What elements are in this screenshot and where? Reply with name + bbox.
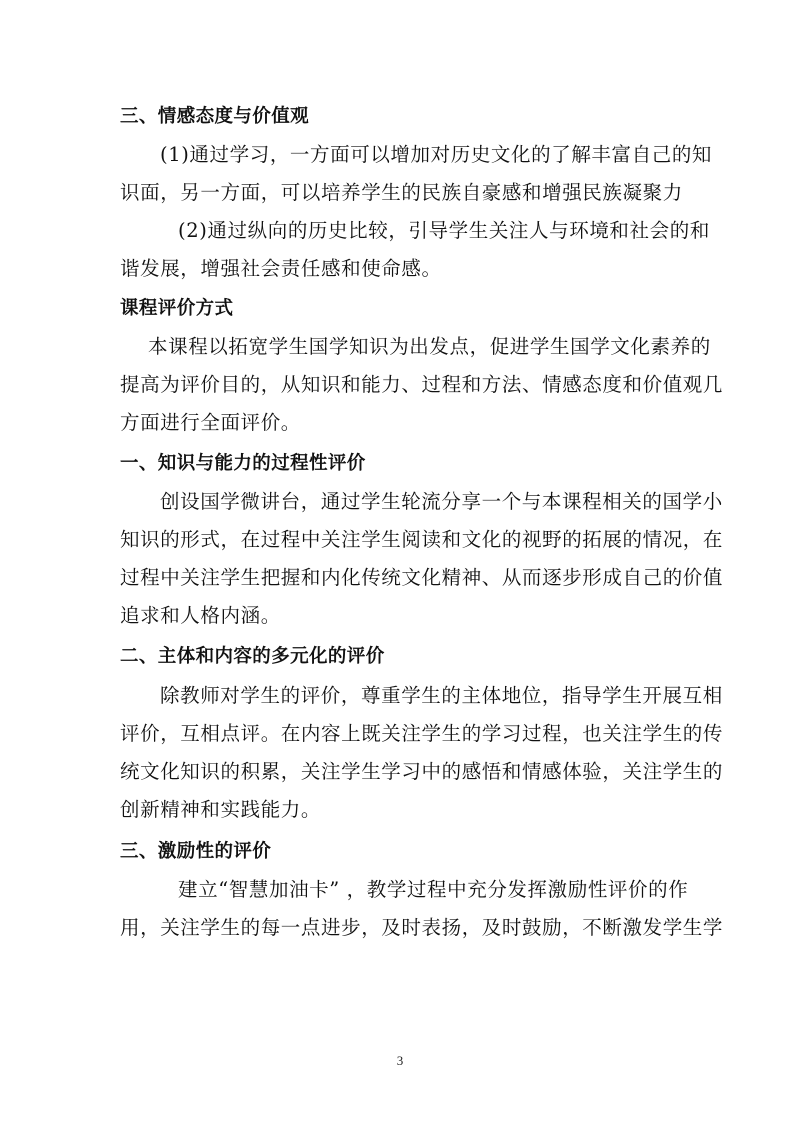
paragraph-line: 过程中关注学生把握和内化传统文化精神、从而逐步形成自己的价值 [120,566,682,590]
paragraph-line: 创设国学微讲台，通过学生轮流分享一个与本课程相关的国学小 [160,490,682,514]
page-number: 3 [0,1053,800,1069]
paragraph-line: (2)通过纵向的历史比较，引导学生关注人与环境和社会的和 [178,219,682,243]
paragraph-line: 识面，另一方面，可以培养学生的民族自豪感和增强民族凝聚力 [120,181,683,205]
paragraph-line: 评价，互相点评。在内容上既关注学生的学习过程，也关注学生的传 [120,722,682,746]
section-heading-diversified-evaluation: 二、主体和内容的多元化的评价 [120,645,385,669]
section-heading-course-evaluation: 课程评价方式 [120,297,233,321]
paragraph-line: 本课程以拓宽学生国学知识为出发点，促进学生国学文化素养的 [148,335,682,359]
paragraph-line: 提高为评价目的，从知识和能力、过程和方法、情感态度和价值观几 [120,373,682,397]
paragraph-line: 方面进行全面评价。 [120,411,301,435]
paragraph-line: 用，关注学生的每一点进步，及时表扬，及时鼓励，不断激发学生学 [120,916,682,940]
section-heading-knowledge-ability: 一、知识与能力的过程性评价 [120,452,366,476]
paragraph-line: 统文化知识的积累，关注学生学习中的感悟和情感体验，关注学生的 [120,760,682,784]
paragraph-line: (1)通过学习，一方面可以增加对历史文化的了解丰富自己的知 [160,143,682,167]
paragraph-line: 谐发展，增强社会责任感和使命感。 [120,257,442,281]
paragraph-line: 除教师对学生的评价，尊重学生的主体地位，指导学生开展互相 [160,684,682,708]
section-heading-incentive-evaluation: 三、激励性的评价 [120,840,271,864]
paragraph-line: 创新精神和实践能力。 [120,798,321,822]
paragraph-line: 建立“智慧加油卡” ，教学过程中充分发挥激励性评价的作 [178,878,682,902]
section-heading-emotion-values: 三、情感态度与价值观 [120,105,309,129]
paragraph-line: 追求和人格内涵。 [120,604,281,628]
paragraph-line: 知识的形式，在过程中关注学生阅读和文化的视野的拓展的情况，在 [120,528,682,552]
